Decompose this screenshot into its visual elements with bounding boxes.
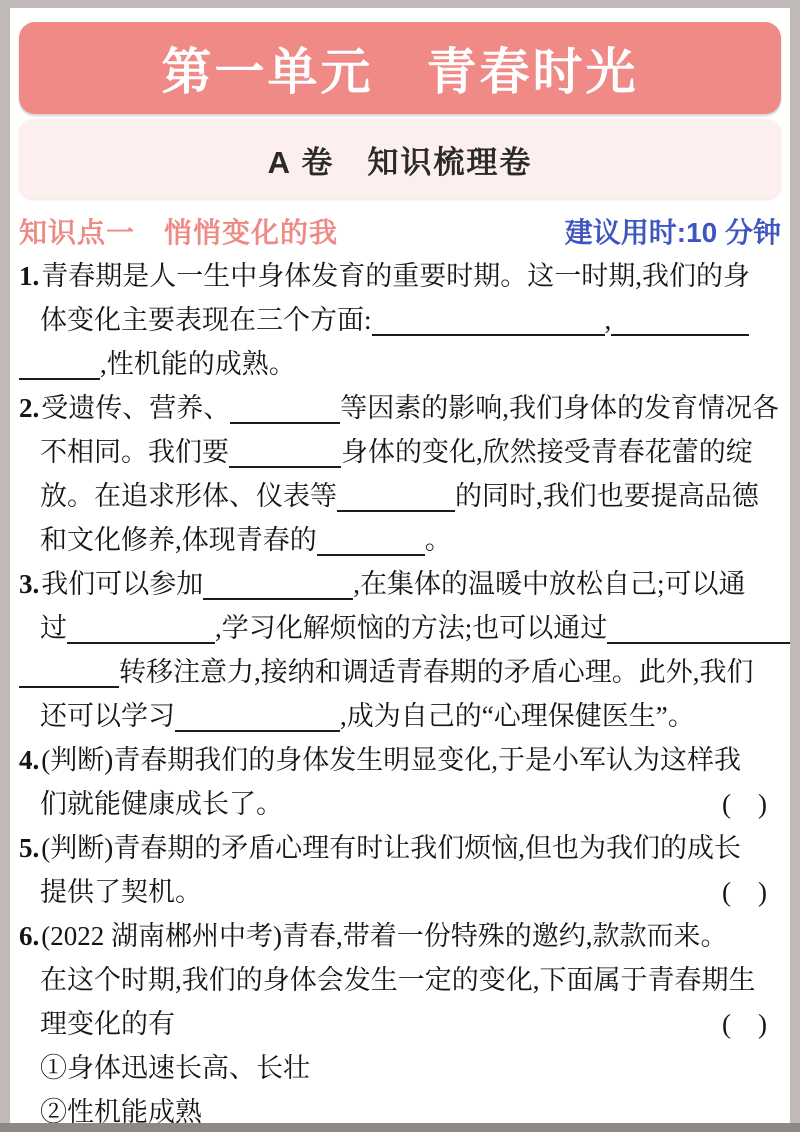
question-text: 受遗传、营养、 bbox=[41, 393, 230, 423]
fill-in-blank bbox=[611, 304, 749, 336]
question-line-content: 1.青春期是人一生中身体发育的重要时期。这一时期,我们的身 bbox=[19, 261, 750, 291]
question-text: 转移注意力,接纳和调适青春期的矛盾心理。此外,我们 bbox=[119, 657, 754, 687]
question-line: 们就能健康成长了。( ) bbox=[19, 782, 781, 826]
question-line-content: 2.受遗传、营养、等因素的影响,我们身体的发育情况各 bbox=[19, 393, 779, 423]
question-line-content: ,性机能的成熟。 bbox=[19, 349, 296, 379]
question-text: 身体的变化,欣然接受青春花蕾的绽 bbox=[341, 437, 753, 467]
unit-title-banner: 第一单元 青春时光 bbox=[19, 22, 781, 114]
question-text: ,在集体的温暖中放松自己;可以通 bbox=[353, 569, 745, 599]
question-text: (2022 湖南郴州中考)青春,带着一份特殊的邀约,款款而来。 bbox=[41, 921, 727, 951]
question-line-content: ①身体迅速长高、长壮 bbox=[40, 1053, 310, 1083]
question-number: 2. bbox=[19, 393, 39, 423]
question-text: 过 bbox=[40, 613, 67, 643]
question-line-content: 过,学习化解烦恼的方法;也可以通过 bbox=[40, 613, 790, 643]
question-text: 放。在追求形体、仪表等 bbox=[40, 481, 337, 511]
answer-bracket: ( ) bbox=[722, 870, 767, 914]
knowledge-point-label: 知识点一 悄悄变化的我 bbox=[19, 211, 338, 251]
question-line: 转移注意力,接纳和调适青春期的矛盾心理。此外,我们 bbox=[19, 650, 781, 694]
question-line-content: 们就能健康成长了。 bbox=[40, 782, 283, 826]
fill-in-blank bbox=[19, 656, 119, 688]
paper-title: A 卷 知识梳理卷 bbox=[268, 137, 533, 182]
question-line: 5.(判断)青春期的矛盾心理有时让我们烦恼,但也为我们的成长 bbox=[19, 826, 781, 870]
question-text: 等因素的影响,我们身体的发育情况各 bbox=[340, 393, 779, 423]
question-text: 提供了契机。 bbox=[40, 877, 202, 907]
question-text: ,性机能的成熟。 bbox=[100, 349, 296, 379]
question-line-content: ②性机能成熟 bbox=[40, 1097, 202, 1124]
question: 3.我们可以参加,在集体的温暖中放松自己;可以通过,学习化解烦恼的方法;也可以通… bbox=[19, 562, 781, 738]
answer-bracket: ( ) bbox=[722, 782, 767, 826]
question-text: (判断)青春期我们的身体发生明显变化,于是小军认为这样我 bbox=[41, 745, 741, 775]
question-text: 理变化的有 bbox=[40, 1009, 175, 1039]
question-line: 6.(2022 湖南郴州中考)青春,带着一份特殊的邀约,款款而来。 bbox=[19, 914, 781, 958]
fill-in-blank bbox=[175, 700, 340, 732]
question-line-content: 6.(2022 湖南郴州中考)青春,带着一份特殊的邀约,款款而来。 bbox=[19, 921, 727, 951]
scan-edge-bottom bbox=[0, 1123, 800, 1132]
question-text: ①身体迅速长高、长壮 bbox=[40, 1053, 310, 1083]
question-number: 3. bbox=[19, 569, 39, 599]
question-line: 和文化修养,体现青春的。 bbox=[19, 518, 781, 562]
question-text: 我们可以参加 bbox=[41, 569, 203, 599]
question-line-content: 不相同。我们要身体的变化,欣然接受青春花蕾的绽 bbox=[40, 437, 753, 467]
question-text: ②性机能成熟 bbox=[40, 1097, 202, 1124]
question-line-content: 4.(判断)青春期我们的身体发生明显变化,于是小军认为这样我 bbox=[19, 745, 741, 775]
question-text: ,成为自己的“心理保健医生”。 bbox=[340, 701, 695, 731]
question-line-content: 在这个时期,我们的身体会发生一定的变化,下面属于青春期生 bbox=[40, 965, 756, 995]
question-line: 体变化主要表现在三个方面:, bbox=[19, 298, 781, 342]
question-text: (判断)青春期的矛盾心理有时让我们烦恼,但也为我们的成长 bbox=[41, 833, 741, 863]
question-line: 1.青春期是人一生中身体发育的重要时期。这一时期,我们的身 bbox=[19, 254, 781, 298]
question-text: 和文化修养,体现青春的 bbox=[40, 525, 317, 555]
fill-in-blank bbox=[337, 480, 455, 512]
question-text: 不相同。我们要 bbox=[40, 437, 229, 467]
fill-in-blank bbox=[19, 348, 100, 380]
fill-in-blank bbox=[203, 568, 353, 600]
question-line-content: 3.我们可以参加,在集体的温暖中放松自己;可以通 bbox=[19, 569, 746, 599]
question-text: 们就能健康成长了。 bbox=[40, 789, 283, 819]
question-line: 理变化的有( ) bbox=[19, 1002, 781, 1046]
fill-in-blank bbox=[230, 392, 340, 424]
question-line: 放。在追求形体、仪表等的同时,我们也要提高品德 bbox=[19, 474, 781, 518]
question-line-content: 和文化修养,体现青春的。 bbox=[40, 525, 452, 555]
fill-in-blank bbox=[607, 612, 790, 644]
question-text: 。 bbox=[425, 525, 452, 555]
question-line-content: 体变化主要表现在三个方面:, bbox=[40, 305, 749, 335]
question-line: 不相同。我们要身体的变化,欣然接受青春花蕾的绽 bbox=[19, 430, 781, 474]
question-text: , bbox=[605, 305, 612, 335]
question: 6.(2022 湖南郴州中考)青春,带着一份特殊的邀约,款款而来。在这个时期,我… bbox=[19, 914, 781, 1124]
question-line: 过,学习化解烦恼的方法;也可以通过 bbox=[19, 606, 781, 650]
question-text: ,学习化解烦恼的方法;也可以通过 bbox=[215, 613, 607, 643]
question-line: 3.我们可以参加,在集体的温暖中放松自己;可以通 bbox=[19, 562, 781, 606]
question-text: 青春期是人一生中身体发育的重要时期。这一时期,我们的身 bbox=[41, 261, 750, 291]
question-number: 1. bbox=[19, 261, 39, 291]
fill-in-blank bbox=[67, 612, 215, 644]
question-line: ②性机能成熟 bbox=[19, 1090, 781, 1124]
question-text: 还可以学习 bbox=[40, 701, 175, 731]
question-line: 2.受遗传、营养、等因素的影响,我们身体的发育情况各 bbox=[19, 386, 781, 430]
question-line: 4.(判断)青春期我们的身体发生明显变化,于是小军认为这样我 bbox=[19, 738, 781, 782]
answer-bracket: ( ) bbox=[722, 1002, 767, 1046]
question-number: 5. bbox=[19, 833, 39, 863]
suggested-time-label: 建议用时:10 分钟 bbox=[565, 211, 781, 251]
questions-list: 1.青春期是人一生中身体发育的重要时期。这一时期,我们的身体变化主要表现在三个方… bbox=[19, 254, 781, 1124]
fill-in-blank bbox=[229, 436, 341, 468]
question-line-content: 转移注意力,接纳和调适青春期的矛盾心理。此外,我们 bbox=[19, 657, 754, 687]
worksheet-page: 第一单元 青春时光 A 卷 知识梳理卷 知识点一 悄悄变化的我 建议用时:10 … bbox=[10, 8, 790, 1124]
question: 4.(判断)青春期我们的身体发生明显变化,于是小军认为这样我们就能健康成长了。(… bbox=[19, 738, 781, 826]
question-line-content: 还可以学习,成为自己的“心理保健医生”。 bbox=[40, 701, 695, 731]
knowledge-point-row: 知识点一 悄悄变化的我 建议用时:10 分钟 bbox=[19, 210, 781, 252]
question-line: 还可以学习,成为自己的“心理保健医生”。 bbox=[19, 694, 781, 738]
question: 5.(判断)青春期的矛盾心理有时让我们烦恼,但也为我们的成长提供了契机。( ) bbox=[19, 826, 781, 914]
fill-in-blank bbox=[317, 524, 425, 556]
paper-title-banner: A 卷 知识梳理卷 bbox=[19, 119, 781, 199]
question-number: 4. bbox=[19, 745, 39, 775]
question: 1.青春期是人一生中身体发育的重要时期。这一时期,我们的身体变化主要表现在三个方… bbox=[19, 254, 781, 386]
question-line: 提供了契机。( ) bbox=[19, 870, 781, 914]
question-line-content: 5.(判断)青春期的矛盾心理有时让我们烦恼,但也为我们的成长 bbox=[19, 833, 741, 863]
question-line: ①身体迅速长高、长壮 bbox=[19, 1046, 781, 1090]
unit-title: 第一单元 青春时光 bbox=[162, 32, 639, 104]
question-text: 的同时,我们也要提高品德 bbox=[455, 481, 759, 511]
question-line-content: 理变化的有 bbox=[40, 1002, 175, 1046]
question-text: 体变化主要表现在三个方面: bbox=[40, 305, 372, 335]
question-text: 在这个时期,我们的身体会发生一定的变化,下面属于青春期生 bbox=[40, 965, 756, 995]
question-line: 在这个时期,我们的身体会发生一定的变化,下面属于青春期生 bbox=[19, 958, 781, 1002]
question-line: ,性机能的成熟。 bbox=[19, 342, 781, 386]
question-line-content: 放。在追求形体、仪表等的同时,我们也要提高品德 bbox=[40, 481, 759, 511]
question: 2.受遗传、营养、等因素的影响,我们身体的发育情况各不相同。我们要身体的变化,欣… bbox=[19, 386, 781, 562]
fill-in-blank bbox=[372, 304, 605, 336]
question-number: 6. bbox=[19, 921, 39, 951]
question-line-content: 提供了契机。 bbox=[40, 870, 202, 914]
